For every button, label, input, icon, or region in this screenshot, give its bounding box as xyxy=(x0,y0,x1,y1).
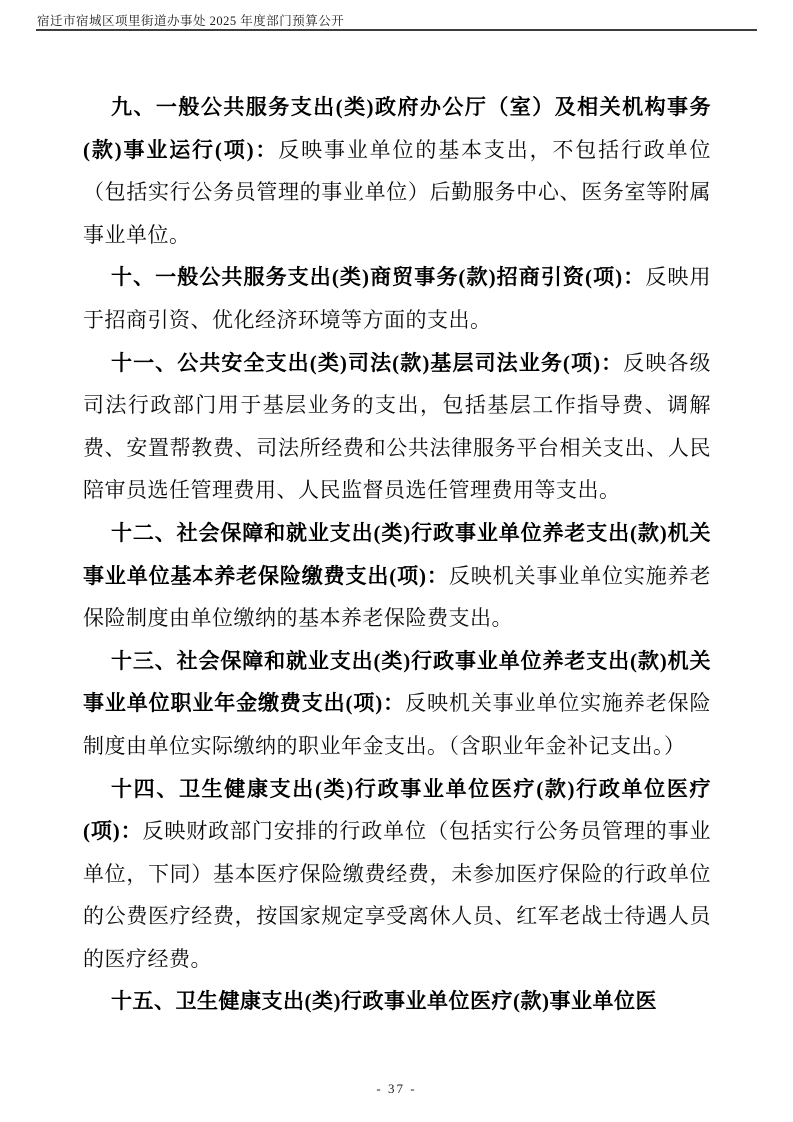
document-page: 宿迁市宿城区项里街道办事处 2025 年度部门预算公开 九、一般公共服务支出(类… xyxy=(0,0,793,1122)
paragraph-item-13: 十三、社会保障和就业支出(类)行政事业单位养老支出(款)机关事业单位职业年金缴费… xyxy=(83,640,711,768)
document-body: 九、一般公共服务支出(类)政府办公厅（室）及相关机构事务(款)事业运行(项)：反… xyxy=(83,86,711,1023)
header-title: 宿迁市宿城区项里街道办事处 2025 年度部门预算公开 xyxy=(37,11,344,29)
paragraph-10-heading: 十、一般公共服务支出(类)商贸事务(款)招商引资(项)： xyxy=(111,265,645,289)
paragraph-item-9: 九、一般公共服务支出(类)政府办公厅（室）及相关机构事务(款)事业运行(项)：反… xyxy=(83,86,711,256)
page-footer: - 37 - xyxy=(0,1081,793,1097)
paragraph-15-heading: 十五、卫生健康支出(类)行政事业单位医疗(款)事业单位医 xyxy=(111,989,657,1013)
paragraph-item-15: 十五、卫生健康支出(类)行政事业单位医疗(款)事业单位医 xyxy=(83,980,711,1023)
page-number: - 37 - xyxy=(376,1081,416,1096)
header-divider xyxy=(36,29,757,31)
paragraph-14-text: 反映财政部门安排的行政单位（包括实行公务员管理的事业单位，下同）基本医疗保险缴费… xyxy=(83,819,711,971)
paragraph-item-14: 十四、卫生健康支出(类)行政事业单位医疗(款)行政单位医疗(项)：反映财政部门安… xyxy=(83,768,711,981)
paragraph-item-12: 十二、社会保障和就业支出(类)行政事业单位养老支出(款)机关事业单位基本养老保险… xyxy=(83,512,711,640)
paragraph-item-11: 十一、公共安全支出(类)司法(款)基层司法业务(项)：反映各级司法行政部门用于基… xyxy=(83,342,711,512)
paragraph-11-heading: 十一、公共安全支出(类)司法(款)基层司法业务(项)： xyxy=(111,351,623,375)
paragraph-item-10: 十、一般公共服务支出(类)商贸事务(款)招商引资(项)：反映用于招商引资、优化经… xyxy=(83,256,711,341)
